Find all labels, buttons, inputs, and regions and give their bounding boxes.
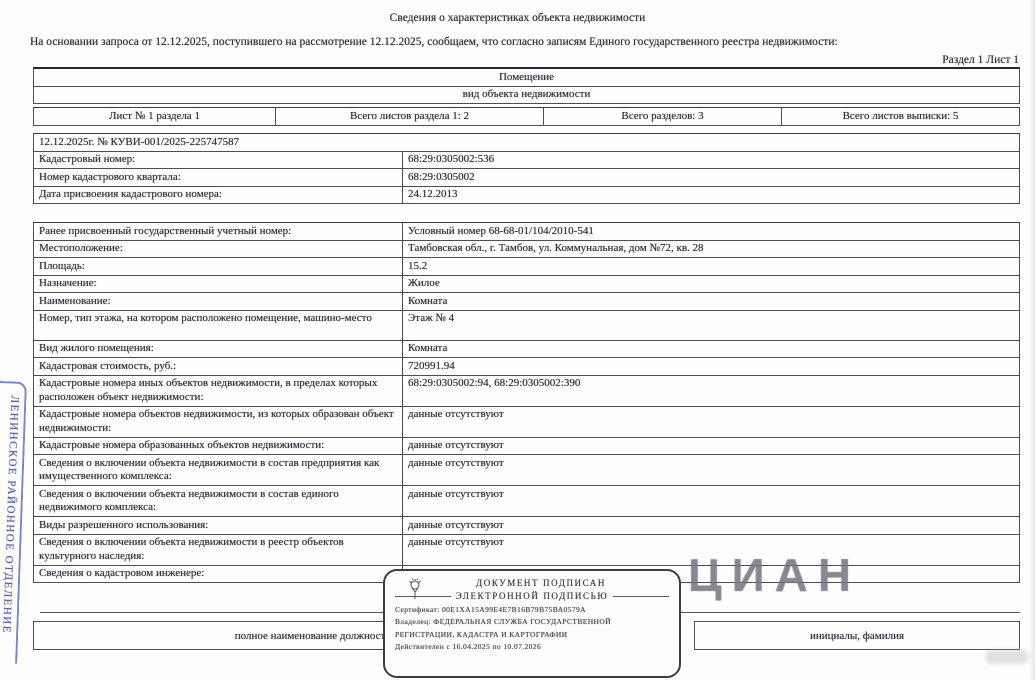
row-label: Дата присвоения кадастрового номера: (34, 187, 403, 204)
table-row: Дата присвоения кадастрового номера: 24.… (33, 187, 1020, 205)
electronic-signature-stamp: ДОКУМЕНТ ПОДПИСАН ЭЛЕКТРОННОЙ ПОДПИСЬЮ С… (383, 569, 681, 678)
table-row: Лист № 1 раздела 1 Всего листов раздела … (33, 107, 1020, 126)
row-label: Сведения о включении объекта недвижимост… (34, 535, 403, 565)
row-value: данные отсутствуют (403, 407, 1019, 437)
row-label: Кадастровые номера иных объектов недвижи… (34, 376, 403, 406)
stamp-title-line2: ЭЛЕКТРОННОЙ ПОДПИСЬЮ (456, 591, 608, 601)
request-ref: 12.12.2025г. № КУВИ-001/2025-225747587 (34, 134, 1019, 151)
table-row: Площадь: 15.2 (33, 258, 1020, 276)
row-value: Комната (403, 293, 1019, 310)
row-label: Кадастровый номер: (34, 152, 403, 169)
stamp-title-line2-row: ЭЛЕКТРОННОЙ ПОДПИСЬЮ (395, 591, 669, 601)
table-row: Местоположение: Тамбовская обл., г. Тамб… (33, 241, 1020, 259)
row-label: Назначение: (34, 276, 403, 293)
scan-edge-shadow (1029, 0, 1035, 680)
row-label: Сведения о включении объекта недвижимост… (34, 455, 403, 485)
row-value: данные отсутствуют (403, 455, 1019, 485)
table-row: Виды разрешенного использования: данные … (33, 517, 1020, 535)
site-watermark: ЦИАН (688, 548, 861, 602)
object-type-caption: вид объекта недвижимости (34, 87, 1019, 104)
row-label: Площадь: (34, 258, 403, 275)
row-label: Кадастровые номера образованных объектов… (34, 438, 403, 455)
table-row: Сведения о включении объекта недвижимост… (33, 535, 1020, 566)
row-value: 68:29:0305002:536 (403, 152, 1019, 169)
table-row: Номер, тип этажа, на котором расположено… (33, 311, 1020, 341)
document-intro: На основании запроса от 12.12.2025, пост… (30, 36, 1020, 48)
rosreestr-emblem-icon (407, 578, 423, 602)
row-label: Кадастровые номера объектов недвижимости… (34, 407, 403, 437)
row-value: 68:29:0305002:94, 68:29:0305002:390 (403, 376, 1019, 406)
row-label: Наименование: (34, 293, 403, 310)
table-row: Назначение: Жилое (33, 276, 1020, 294)
table-row: Кадастровый номер: 68:29:0305002:536 (33, 152, 1020, 170)
row-value: Условный номер 68-68-01/104/2010-541 (403, 223, 1019, 240)
sheet-cell: Всего листов раздела 1: 2 (276, 108, 544, 125)
row-value: данные отсутствуют (403, 517, 1019, 534)
row-value: Комната (403, 341, 1019, 358)
sheet-cell: Всего разделов: 3 (544, 108, 782, 125)
table-row: Кадастровые номера иных объектов недвижи… (33, 376, 1020, 407)
table-row: Сведения о включении объекта недвижимост… (33, 486, 1020, 517)
district-office-stamp: ЛЕНИНСКОЕ РАЙОННОЕ ОТДЕЛЕНИЕ (0, 381, 27, 664)
row-value: Тамбовская обл., г. Тамбов, ул. Коммунал… (403, 241, 1019, 258)
rule-line (613, 596, 669, 597)
table-row: Кадастровая стоимость, руб.: 720991.94 (33, 358, 1020, 376)
row-value: 68:29:0305002 (403, 169, 1019, 186)
request-ref-row: 12.12.2025г. № КУВИ-001/2025-225747587 (33, 133, 1020, 152)
object-type-table: Помещение вид объекта недвижимости (33, 67, 1020, 104)
table-row: вид объекта недвижимости (33, 87, 1020, 105)
row-label: Номер кадастрового квартала: (34, 169, 403, 186)
sheet-cell: Лист № 1 раздела 1 (34, 108, 276, 125)
row-label: Вид жилого помещения: (34, 341, 403, 358)
row-label: Ранее присвоенный государственный учетны… (34, 223, 403, 240)
row-value: 15.2 (403, 258, 1019, 275)
row-label: Сведения о кадастровом инженере: (34, 566, 403, 583)
stamp-certificate: Сертификат: 00Е1ХА15А99Е4Е7В16В79В75ВА05… (395, 605, 669, 614)
section-sheet-label: Раздел 1 Лист 1 (942, 54, 1019, 66)
cadastral-id-table: 12.12.2025г. № КУВИ-001/2025-225747587 К… (33, 133, 1020, 204)
row-label: Сведения о включении объекта недвижимост… (34, 486, 403, 516)
stamp-owner-line1: Владелец: ФЕДЕРАЛЬНАЯ СЛУЖБА ГОСУДАРСТВЕ… (395, 617, 669, 626)
stamp-title-line1: ДОКУМЕНТ ПОДПИСАН (413, 578, 669, 588)
row-value: данные отсутствуют (403, 438, 1019, 455)
table-row: Вид жилого помещения: Комната (33, 341, 1020, 359)
document-title: Сведения о характеристиках объекта недви… (0, 12, 1035, 24)
row-label: Номер, тип этажа, на котором расположено… (34, 311, 403, 340)
sheet-cell: Всего листов выписки: 5 (782, 108, 1019, 125)
table-row: Наименование: Комната (33, 293, 1020, 311)
row-label: Виды разрешенного использования: (34, 517, 403, 534)
table-row: Кадастровые номера объектов недвижимости… (33, 407, 1020, 438)
sheets-table: Лист № 1 раздела 1 Всего листов раздела … (33, 107, 1020, 126)
document-page: Сведения о характеристиках объекта недви… (0, 0, 1035, 680)
stamp-validity: Действителен с 16.04.2025 по 10.07.2026 (395, 642, 669, 651)
stamp-owner-line2: РЕГИСТРАЦИИ, КАДАСТРА И КАРТОГРАФИИ (395, 630, 669, 639)
initials-caption: инициалы, фамилия (810, 630, 904, 642)
table-row: Сведения о включении объекта недвижимост… (33, 455, 1020, 486)
table-row: Номер кадастрового квартала: 68:29:03050… (33, 169, 1020, 187)
initials-caption-cell: инициалы, фамилия (694, 621, 1020, 650)
row-value: 24.12.2013 (403, 187, 1019, 204)
characteristics-table: Ранее присвоенный государственный учетны… (33, 222, 1020, 583)
table-row: Кадастровые номера образованных объектов… (33, 438, 1020, 456)
row-value: Этаж № 4 (403, 311, 1019, 340)
position-caption: полное наименование должности (235, 630, 391, 642)
row-value: данные отсутствуют (403, 486, 1019, 516)
scan-smudge (985, 650, 1029, 664)
table-row: Помещение (33, 67, 1020, 87)
object-type-value: Помещение (34, 69, 1019, 86)
row-value: Жилое (403, 276, 1019, 293)
row-value: 720991.94 (403, 358, 1019, 375)
table-row: Ранее присвоенный государственный учетны… (33, 222, 1020, 241)
row-label: Кадастровая стоимость, руб.: (34, 358, 403, 375)
row-label: Местоположение: (34, 241, 403, 258)
